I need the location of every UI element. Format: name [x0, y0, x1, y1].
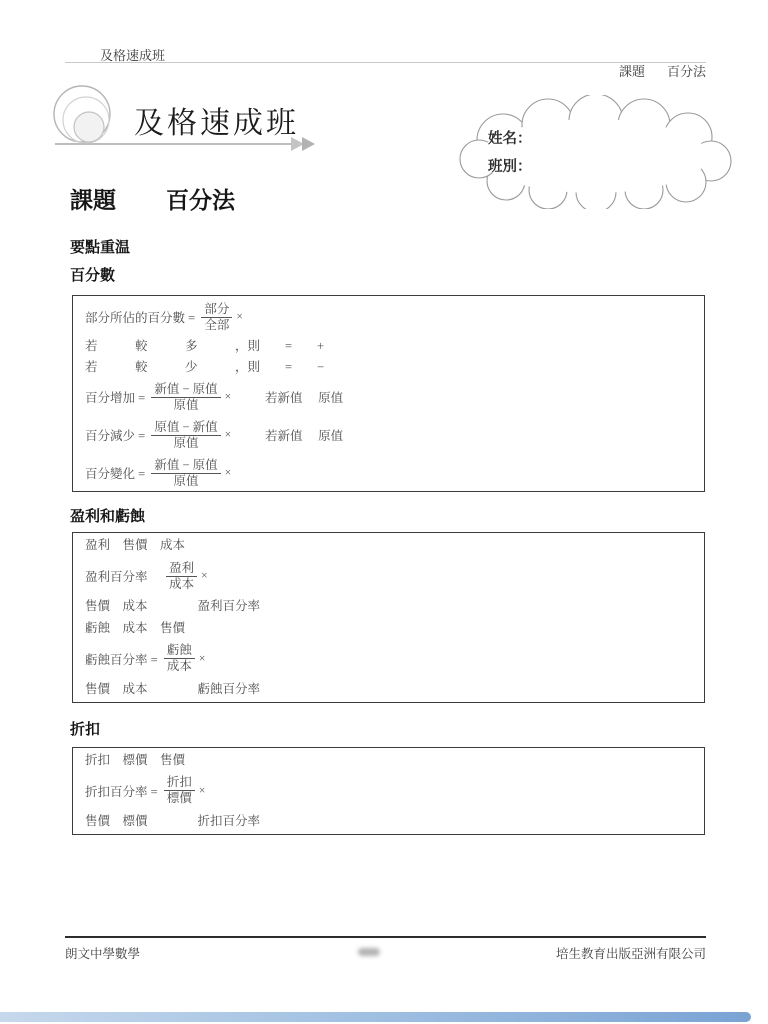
- condition-note: 若新值 原值: [265, 388, 343, 406]
- header-lesson-topic: 百分法: [667, 64, 706, 79]
- fraction: 原值 − 新值 原值: [151, 420, 220, 451]
- multiply-sign: ×: [201, 570, 208, 582]
- fill-blank-line-discount-selling-price: 售價 標價 折扣百分率: [85, 811, 698, 832]
- name-field-label: 姓名：: [488, 127, 532, 148]
- fraction: 折扣 標價: [164, 775, 195, 806]
- fraction-denominator: 標價: [164, 791, 195, 806]
- horizontal-scrollbar[interactable]: [0, 1012, 751, 1022]
- fraction-numerator: 新值 − 原值: [151, 458, 220, 474]
- fill-blank-line-more: 若 較 多 ，則 = +: [85, 336, 698, 357]
- double-arrow-right-icon: [55, 135, 317, 153]
- multiply-sign: ×: [236, 311, 243, 323]
- fraction-numerator: 虧蝕: [164, 643, 195, 659]
- fill-blank-line-less: 若 較 少 ，則 = −: [85, 357, 698, 378]
- multiply-sign: ×: [225, 429, 232, 441]
- formula-line-profit-percent: 盈利百分率 盈利 成本 ×: [85, 557, 698, 595]
- fill-blank-line-discount: 折扣 標價 售價: [85, 750, 698, 771]
- fill-blank-line-selling-price: 售價 成本 盈利百分率: [85, 596, 698, 617]
- footer-page-number-blur: [358, 948, 380, 956]
- fraction-numerator: 原值 − 新值: [151, 420, 220, 436]
- formula-lhs: 盈利百分率: [85, 567, 163, 585]
- formula-lhs: 虧蝕百分率 =: [85, 650, 161, 668]
- formula-lhs: 百分減少 =: [85, 426, 148, 444]
- page-title-topic: 百分法: [166, 188, 235, 213]
- page-title: 課題百分法: [70, 182, 235, 215]
- formula-lhs: 百分增加 =: [85, 388, 148, 406]
- section-heading-review: 要點重温: [70, 236, 130, 257]
- percentage-formula-box: 部分所佔的百分數 = 部分 全部 × 若 較 多 ，則 = + 若 較 少 ，則…: [72, 295, 705, 492]
- fraction: 新值 − 原值 原值: [151, 382, 220, 413]
- fraction-numerator: 新值 − 原值: [151, 382, 220, 398]
- fraction: 盈利 成本: [166, 561, 197, 592]
- fraction-denominator: 原值: [170, 436, 201, 451]
- formula-line-percent-change: 百分變化 = 新值 − 原值 原值 ×: [85, 454, 698, 492]
- section-heading-profit-loss: 盈利和虧蝕: [70, 505, 145, 526]
- cloud-outline-icon: [448, 95, 740, 209]
- profit-loss-formula-box: 盈利 售價 成本 盈利百分率 盈利 成本 × 售價 成本 盈利百分率 虧蝕 成本…: [72, 532, 705, 703]
- formula-lhs: 部分所佔的百分數 =: [85, 308, 198, 326]
- multiply-sign: ×: [225, 467, 232, 479]
- fraction-denominator: 成本: [166, 577, 197, 592]
- fill-blank-line-loss: 虧蝕 成本 售價: [85, 618, 698, 639]
- header-lesson: 課題百分法: [606, 45, 706, 96]
- formula-line-percent-increase: 百分增加 = 新值 − 原值 原值 × 若新值 原值: [85, 378, 698, 416]
- header-divider: [65, 62, 706, 63]
- fraction-denominator: 成本: [164, 659, 195, 674]
- formula-line-percent-decrease: 百分減少 = 原值 − 新值 原值 × 若新值 原值: [85, 416, 698, 454]
- fraction-denominator: 原值: [170, 398, 201, 413]
- document-page: 及格速成班 課題百分法 及格速成班: [0, 0, 768, 1024]
- fraction-denominator: 原值: [170, 474, 201, 489]
- footer-divider: [65, 936, 706, 938]
- class-field-label: 班別：: [488, 155, 532, 176]
- formula-lhs: 百分變化 =: [85, 464, 148, 482]
- fraction-numerator: 部分: [201, 302, 232, 318]
- section-heading-discount: 折扣: [70, 718, 100, 739]
- name-cloud: 姓名： 班別：: [448, 95, 740, 209]
- fraction: 新值 − 原值 原值: [151, 458, 220, 489]
- fill-blank-line-selling-price-loss: 售價 成本 虧蝕百分率: [85, 679, 698, 700]
- fraction-numerator: 折扣: [164, 775, 195, 791]
- fraction: 虧蝕 成本: [164, 643, 195, 674]
- multiply-sign: ×: [199, 653, 206, 665]
- fraction-numerator: 盈利: [166, 561, 197, 577]
- multiply-sign: ×: [225, 391, 232, 403]
- fraction: 部分 全部: [201, 302, 232, 333]
- discount-formula-box: 折扣 標價 售價 折扣百分率 = 折扣 標價 × 售價 標價 折扣百分率: [72, 747, 705, 835]
- fill-blank-line-profit: 盈利 售價 成本: [85, 535, 698, 556]
- fraction-denominator: 全部: [201, 318, 232, 333]
- formula-line-percentage: 部分所佔的百分數 = 部分 全部 ×: [85, 298, 698, 336]
- condition-note: 若新值 原值: [265, 426, 343, 444]
- page-title-label: 課題: [70, 188, 116, 213]
- multiply-sign: ×: [199, 785, 206, 797]
- formula-line-discount-percent: 折扣百分率 = 折扣 標價 ×: [85, 772, 698, 810]
- formula-line-loss-percent: 虧蝕百分率 = 虧蝕 成本 ×: [85, 640, 698, 678]
- footer-publisher-series: 朗文中學數學: [65, 944, 140, 962]
- header-lesson-label: 課題: [619, 64, 645, 79]
- formula-lhs: 折扣百分率 =: [85, 782, 161, 800]
- footer-publisher-name: 培生教育出版亞洲有限公司: [556, 944, 706, 962]
- section-heading-percentage: 百分數: [70, 264, 115, 285]
